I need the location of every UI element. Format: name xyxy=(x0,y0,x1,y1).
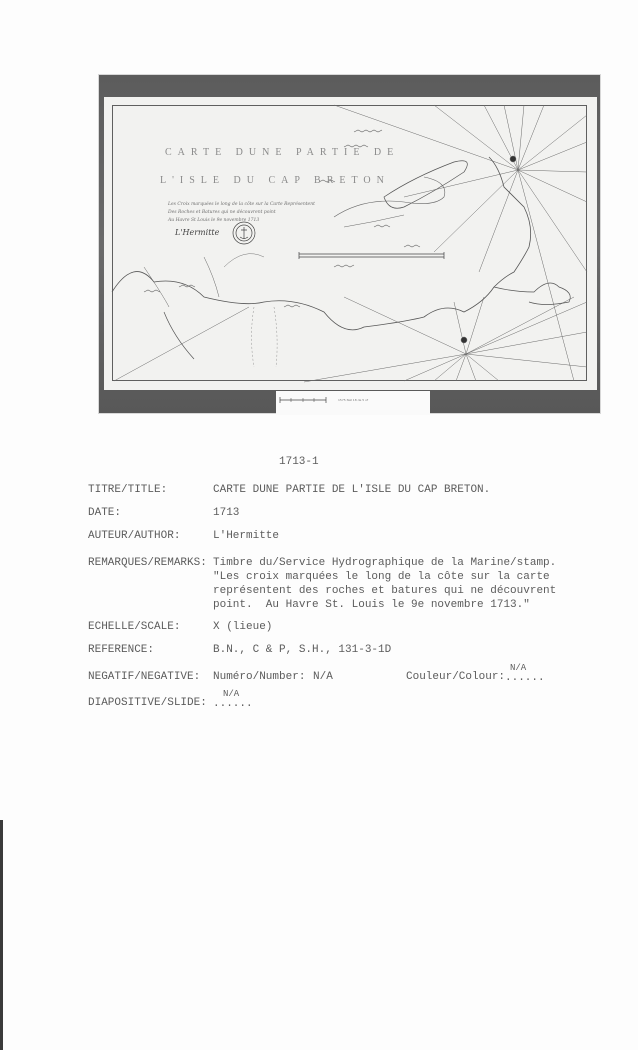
slide-label: DIAPOSITIVE/SLIDE: xyxy=(88,696,207,710)
reference-label: REFERENCE: xyxy=(88,643,154,657)
remarks-line-4: point. Au Havre St. Louis le 9e novembre… xyxy=(213,598,530,612)
title-label: TITRE/TITLE: xyxy=(88,483,167,497)
colour-label: Couleur/Colour: xyxy=(406,670,505,684)
map-note-line-3: Au Havre St Louis le 9e novembre 1713 xyxy=(168,218,259,223)
negative-number-label: Numéro/Number: xyxy=(213,670,305,684)
photo-scale-strip: 1575 Nat 18 de 5 of xyxy=(276,391,430,415)
remarks-line-3: représentent des roches et batures qui n… xyxy=(213,584,556,598)
scale-strip-text: 1575 Nat 18 de 5 of xyxy=(338,398,368,402)
scale-value: X (lieue) xyxy=(213,620,272,634)
colour-blank: ...... xyxy=(505,671,545,685)
compass-rose-icon xyxy=(304,297,587,382)
remarks-line-2: "Les croix marquées le long de la côte s… xyxy=(213,570,550,584)
map-title-line-1: CARTE DUNE PARTIE DE xyxy=(165,147,399,158)
remarks-line-1: Timbre du/Service Hydrographique de la M… xyxy=(213,556,556,570)
negative-label: NEGATIF/NEGATIVE: xyxy=(88,670,200,684)
slide-blank: ...... xyxy=(213,697,253,711)
date-value: 1713 xyxy=(213,506,239,520)
hydrographic-stamp-icon xyxy=(233,222,255,244)
map-note-line-1: Les Croix marquées le long de la côte su… xyxy=(168,202,315,207)
map-drawing xyxy=(104,97,597,390)
author-value: L'Hermitte xyxy=(213,529,279,543)
title-value: CARTE DUNE PARTIE DE L'ISLE DU CAP BRETO… xyxy=(213,483,490,497)
catalogue-number: 1713-1 xyxy=(279,455,319,469)
date-label: DATE: xyxy=(88,506,121,520)
map-title-line-2: L'ISLE DU CAP BRETON xyxy=(160,175,390,186)
scale-label: ECHELLE/SCALE: xyxy=(88,620,180,634)
negative-number-value: N/A xyxy=(313,670,333,684)
author-label: AUTEUR/AUTHOR: xyxy=(88,529,180,543)
scale-bar-icon xyxy=(299,252,444,259)
scan-edge-shadow xyxy=(0,820,3,1050)
map-note-line-2: Des Roches et Batures qui ne découvrent … xyxy=(168,210,276,215)
remarks-label: REMARQUES/REMARKS: xyxy=(88,556,207,570)
reference-value: B.N., C & P, S.H., 131-3-1D xyxy=(213,643,391,657)
map-signature: L'Hermitte xyxy=(175,228,219,237)
